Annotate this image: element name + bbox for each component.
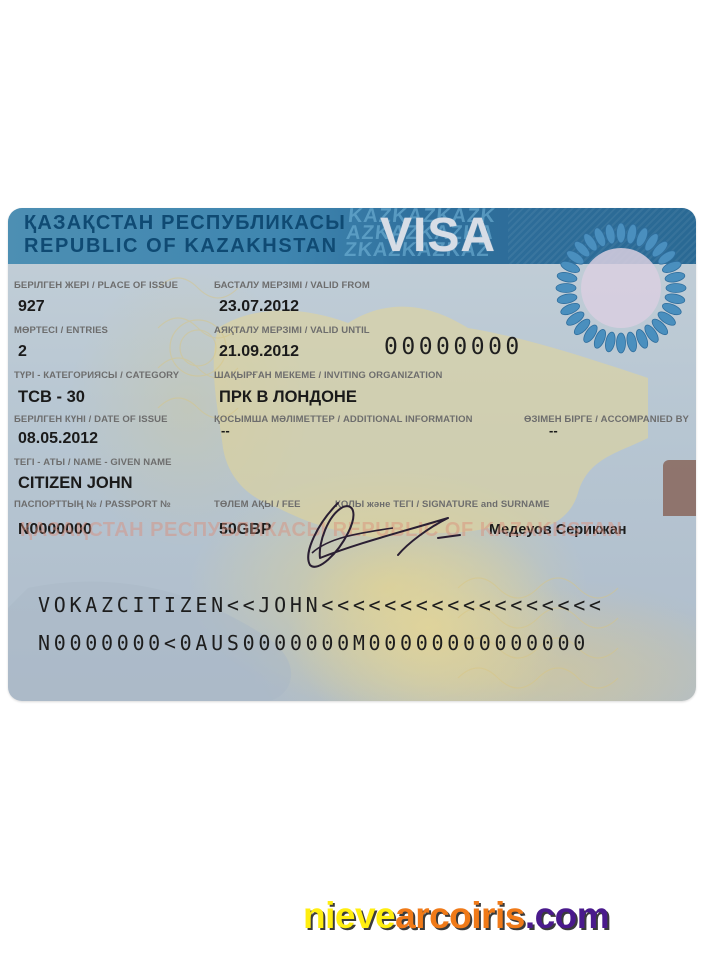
accompanied-by-value: -- [549,423,558,438]
valid-from-value: 23.07.2012 [219,298,299,316]
passport-number-label: ПАСПОРТТЫҢ № / PASSPORT № [14,499,171,510]
date-of-issue-value: 08.05.2012 [18,430,98,448]
inviting-organization-label: ШАҚЫРҒАН МЕКЕМЕ / INVITING ORGANIZATION [214,370,443,381]
place-of-issue-label: БЕРІЛГЕН ЖЕРІ / PLACE OF ISSUE [14,280,178,291]
country-name-kazakh: ҚАЗАҚСТАН РЕСПУБЛИКАСЫ [24,212,346,235]
watermark-part-2: arcoiris [395,895,525,936]
watermark-part-1: nieve [303,895,395,936]
inviting-organization-value: ПРК В ЛОНДОНЕ [219,388,357,407]
category-label: ТҮРІ - КАТЕГОРИЯСЫ / CATEGORY [14,370,179,381]
entries-label: МӨРТЕСІ / ENTRIES [14,325,108,336]
valid-from-label: БАСТАЛУ МЕРЗІМІ / VALID FROM [214,280,370,291]
signature-icon [298,493,468,573]
additional-information-label: ҚОСЫМША МӘЛІМЕТТЕР / ADDITIONAL INFORMAT… [214,414,473,425]
visa-document: KAZKAZKAZKAZKAZKAZKAZKAZKAZKAZ ҚАЗАҚСТАН… [8,208,696,701]
watermark-part-3: .com [525,895,609,936]
mrz-line-2: N0000000<0AUS0000000M00000000000000 [38,631,589,655]
sun-emblem-icon [553,220,689,356]
photo-area [663,460,696,516]
category-value: TCB - 30 [18,388,85,407]
place-of-issue-value: 927 [18,298,45,316]
entries-value: 2 [18,343,27,361]
valid-until-label: АЯҚТАЛУ МЕРЗІМІ / VALID UNTIL [214,325,370,336]
watermark-logo: nievearcoiris.com [303,895,609,937]
name-label: ТЕГІ - АТЫ / NAME - GIVEN NAME [14,457,172,468]
fee-label: ТӨЛЕМ АҚЫ / FEE [214,499,301,510]
name-value: CITIZEN JOHN [18,474,133,493]
mrz-line-1: VOKAZCITIZEN<<JOHN<<<<<<<<<<<<<<<<<< [38,593,605,617]
visa-title: VISA [380,210,496,262]
date-of-issue-label: БЕРІЛГЕН КҮНІ / DATE OF ISSUE [14,414,168,425]
valid-until-value: 21.09.2012 [219,343,299,361]
visa-number: 00000000 [384,334,523,360]
country-name-english: REPUBLIC OF KAZAKHSTAN [24,235,338,258]
additional-information-value: -- [221,423,230,438]
